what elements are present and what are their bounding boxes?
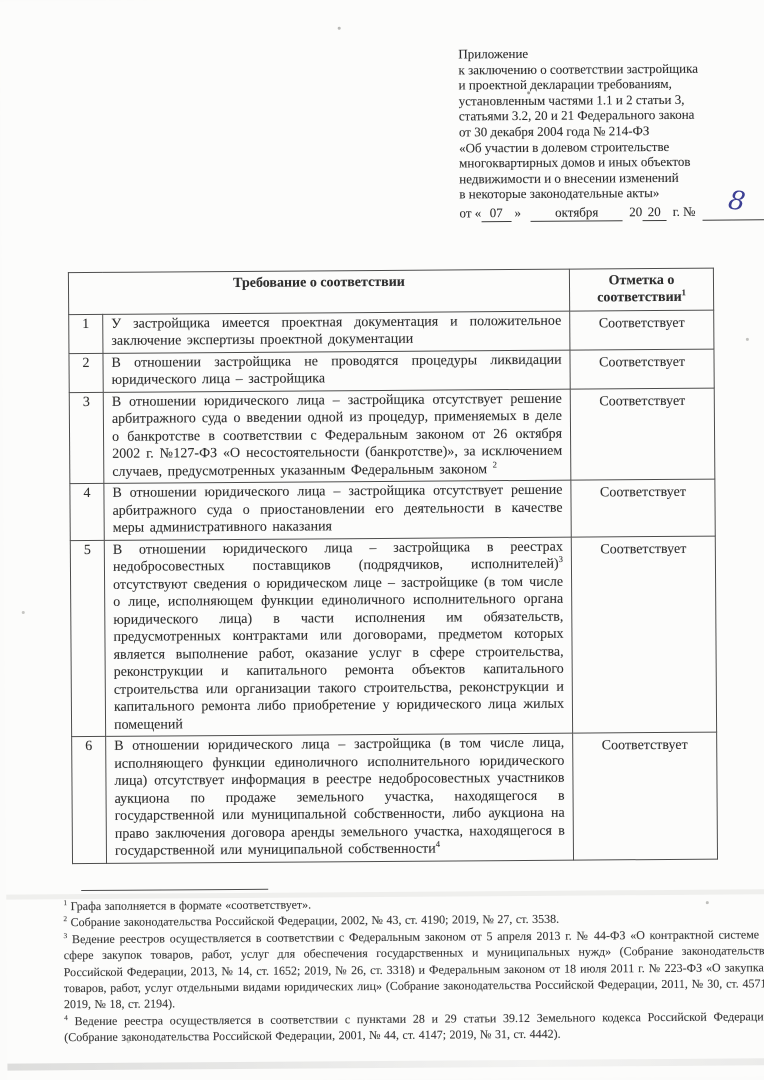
mark-cell: Соответствует — [573, 733, 718, 861]
footnote-ref: 2 — [493, 459, 497, 469]
footnote-text: Графа заполняется в формате «соответству… — [67, 897, 311, 913]
mark-cell: Соответствует — [570, 349, 714, 389]
row-number-cell: 6 — [72, 737, 107, 864]
mark-cell: Соответствует — [570, 388, 715, 481]
mark-cell: Соответствует — [570, 310, 714, 350]
table-header-row: Требование о соответствии Отметка о соот… — [68, 268, 713, 315]
date-year-suffix: г. № — [673, 204, 696, 219]
requirement-text: В отношении юридического лица – застройщ… — [113, 540, 563, 576]
requirement-column-header: Требование о соответствии — [68, 269, 569, 314]
row-number-cell: 5 — [70, 540, 105, 737]
requirement-text: В отношении застройщика не проводятся пр… — [111, 353, 561, 389]
footnotes: 1 Графа заполняется в формате «соответст… — [63, 893, 764, 1046]
requirement-text-cell: В отношении юридического лица – застройщ… — [104, 537, 572, 737]
row-number-cell: 4 — [70, 484, 104, 541]
footnote-text: Собрание законодательства Российской Фед… — [67, 912, 559, 929]
appendix-header: Приложение к заключению о соответствии з… — [458, 44, 755, 202]
requirement-text: У застройщика имеется проектная документ… — [111, 314, 561, 350]
scan-shadow-band — [7, 1058, 764, 1070]
date-close-quote: » — [514, 205, 521, 220]
mark-cell: Соответствует — [571, 480, 715, 538]
handwritten-number: 8 — [726, 187, 746, 215]
table-row: 3 В отношении юридического лица – застро… — [69, 388, 715, 484]
footnote-ref: 4 — [436, 839, 440, 849]
row-number-cell: 1 — [69, 314, 103, 353]
row-number-cell: 2 — [69, 353, 103, 392]
appendix-header-line: в некоторые законодательные акты» — [459, 185, 755, 203]
date-day-value: 07 — [481, 205, 511, 222]
mark-cell: Соответствует — [571, 536, 716, 734]
date-year-printed: 20 — [629, 204, 642, 219]
requirement-text-cell: В отношении застройщика не проводятся пр… — [103, 350, 570, 392]
footnote-text: Ведение реестров осуществляется в соотве… — [64, 927, 764, 1012]
requirement-text-cell: В отношении юридического лица – застройщ… — [104, 481, 571, 541]
date-month-value: октября — [531, 204, 623, 222]
scan-speck-artifacts — [0, 2, 2, 4]
date-year-blank: 20 — [642, 204, 666, 221]
document-number-blank: 8 — [702, 205, 764, 220]
date-line: от «07 » октября 2020 г. № 8 — [459, 203, 759, 227]
row-number-cell: 3 — [69, 392, 104, 484]
requirement-text-cell: В отношении юридического лица – застройщ… — [106, 734, 574, 864]
mark-column-header-label: Отметка о соответствии — [597, 273, 682, 306]
requirement-text-cell: У застройщика имеется проектная документ… — [103, 311, 570, 353]
compliance-table: Требование о соответствии Отметка о соот… — [68, 268, 718, 864]
requirement-text: В отношении юридического лица – застройщ… — [112, 483, 562, 536]
table-row: 6 В отношении юридического лица – застро… — [72, 733, 718, 864]
table-row: 4 В отношении юридического лица – застро… — [70, 480, 715, 541]
requirement-text: В отношении юридического лица – застройщ… — [114, 736, 565, 859]
table-row: 2 В отношении застройщика не проводятся … — [69, 349, 714, 393]
footnote-ref: 3 — [559, 554, 563, 564]
mark-column-header: Отметка о соответствии1 — [569, 268, 713, 311]
footnote-text: Ведение реестра осуществляется в соответ… — [64, 1009, 764, 1044]
mark-header-footnote-ref: 1 — [682, 288, 686, 298]
date-from-label: от « — [459, 205, 481, 220]
requirement-text: отсутствуют сведения о юридическом лице … — [113, 575, 564, 733]
requirement-text-cell: В отношении юридического лица – застройщ… — [103, 389, 571, 484]
footnote: 3 Ведение реестров осуществляется в соот… — [63, 926, 764, 1013]
document-sheet: Приложение к заключению о соответствии з… — [0, 0, 764, 1080]
table-row: 5 В отношении юридического лица – застро… — [70, 536, 716, 737]
table-row: 1 У застройщика имеется проектная докуме… — [69, 310, 714, 354]
footnote: 4 Ведение реестра осуществляется в соотв… — [64, 1008, 764, 1046]
footnote-separator — [81, 889, 268, 891]
